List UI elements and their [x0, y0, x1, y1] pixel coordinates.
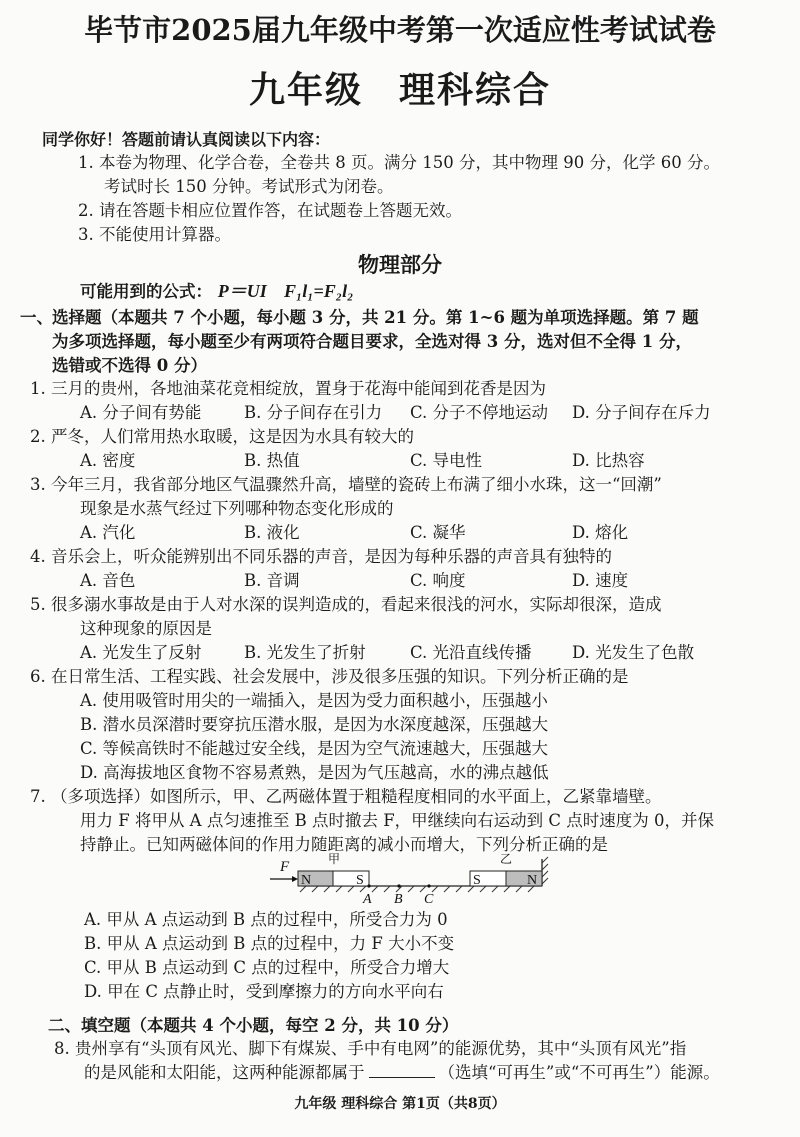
part1-heading-num: 一、 [20, 306, 53, 330]
svg-text:C: C [424, 892, 434, 907]
q5-option-a[interactable]: A. 光发生了反射 [80, 641, 201, 665]
question-4: 4. 音乐会上，听众能辨别出不同乐器的声音，是因为每种乐器的声音具有独特的 [30, 545, 612, 569]
q2-option-a[interactable]: A. 密度 [80, 449, 135, 473]
svg-text:B: B [394, 892, 403, 907]
question-2-options: A. 密度 B. 热值 C. 导电性 D. 比热容 [0, 449, 800, 473]
part1-heading-line-2: 为多项选择题，每小题至少有两项符合题目要求，全选对得 3 分，选对但不全得 1 … [52, 330, 692, 354]
q3-option-a[interactable]: A. 汽化 [80, 521, 135, 545]
q5-option-c[interactable]: C. 光沿直线传播 [410, 641, 532, 665]
part1-heading-line-3: 选错或不选得 0 分） [52, 354, 207, 378]
q3-option-d[interactable]: D. 熔化 [572, 521, 628, 545]
question-5: 5. 很多溺水事故是由于人对水深的误判造成的，看起来很浅的河水，实际却很深，造成 [30, 593, 662, 617]
q6-option-d[interactable]: D. 高海拔地区食物不容易煮熟，是因为气压越高，水的沸点越低 [80, 761, 549, 785]
instructions-intro: 同学你好！答题前请认真阅读以下内容： [42, 128, 330, 152]
svg-text:S: S [473, 873, 481, 888]
question-1-options: A. 分子间有势能 B. 分子间存在引力 C. 分子不停地运动 D. 分子间存在… [0, 401, 800, 425]
q1-option-a[interactable]: A. 分子间有势能 [80, 401, 201, 425]
svg-text:A: A [362, 892, 372, 907]
q1-option-d[interactable]: D. 分子间存在斥力 [572, 401, 711, 425]
q3-option-b[interactable]: B. 液化 [244, 521, 300, 545]
q4-option-d[interactable]: D. 速度 [572, 569, 628, 593]
formula-label: 可能用到的公式： [80, 282, 212, 301]
q3-option-c[interactable]: C. 凝华 [410, 521, 466, 545]
svg-text:N: N [527, 873, 537, 888]
svg-text:N: N [301, 873, 311, 888]
q4-option-b[interactable]: B. 音调 [244, 569, 300, 593]
question-8-cont: 的是风能和太阳能，这两种能源都属于（选填“可再生”或“不可再生”）能源。 [84, 1061, 720, 1085]
question-7-cont-1: 用力 F 将甲从 A 点匀速推至 B 点时撤去 F，甲继续向右运动到 C 点时速… [80, 809, 714, 833]
q2-option-b[interactable]: B. 热值 [244, 449, 300, 473]
q1-option-c[interactable]: C. 分子不停地运动 [410, 401, 548, 425]
svg-text:乙: 乙 [500, 852, 512, 866]
q5-option-d[interactable]: D. 光发生了色散 [572, 641, 694, 665]
formula-lever: F₁l₁=F₂l₂ [284, 281, 353, 301]
question-5-options: A. 光发生了反射 B. 光发生了折射 C. 光沿直线传播 D. 光发生了色散 [0, 641, 800, 665]
answer-blank[interactable] [369, 1061, 435, 1078]
q7-option-d[interactable]: D. 甲在 C 点静止时，受到摩擦力的方向水平向右 [84, 980, 444, 1004]
q6-option-b[interactable]: B. 潜水员深潜时要穿抗压潜水服，是因为水深度越深，压强越大 [80, 713, 548, 737]
physics-section-title: 物理部分 [0, 249, 800, 279]
formula-line: 可能用到的公式： P＝UI F₁l₁=F₂l₂ [80, 279, 353, 304]
question-3-options: A. 汽化 B. 液化 C. 凝华 D. 熔化 [0, 521, 800, 545]
q2-option-d[interactable]: D. 比热容 [572, 449, 645, 473]
q7-option-c[interactable]: C. 甲从 B 点运动到 C 点的过程中，所受合力增大 [84, 956, 449, 980]
svg-text:甲: 甲 [328, 852, 340, 866]
svg-text:S: S [356, 873, 364, 888]
part2-heading: 二、填空题（本题共 4 个小题，每空 2 分，共 10 分） [48, 1014, 458, 1038]
q4-option-a[interactable]: A. 音色 [80, 569, 135, 593]
question-3: 3. 今年三月，我省部分地区气温骤然升高，墙壁的瓷砖上布满了细小水珠，这一“回潮… [30, 473, 662, 497]
page-footer: 九年级 理科综合 第1页（共8页） [0, 1093, 800, 1113]
question-6: 6. 在日常生活、工程实践、社会发展中，涉及很多压强的知识。下列分析正确的是 [30, 665, 629, 689]
exam-subject-title: 九年级理科综合 [0, 62, 800, 113]
magnets-figure: N S 甲 F S N 乙 A B C [262, 845, 562, 907]
question-3-cont: 现象是水蒸气经过下列哪种物态变化形成的 [80, 497, 394, 521]
q7-option-a[interactable]: A. 甲从 A 点运动到 B 点的过程中，所受合力为 0 [84, 908, 448, 932]
subject-label: 理科综合 [399, 69, 551, 111]
question-1: 1. 三月的贵州，各地油菜花竞相绽放，置身于花海中能闻到花香是因为 [30, 377, 546, 401]
instruction-item-3: 3. 不能使用计算器。 [78, 223, 231, 247]
question-5-cont: 这种现象的原因是 [80, 617, 212, 641]
exam-title: 毕节市2025届九年级中考第一次适应性考试试卷 [0, 8, 800, 49]
q2-option-c[interactable]: C. 导电性 [410, 449, 482, 473]
magnets-diagram: N S 甲 F S N 乙 A B C [262, 845, 562, 907]
grade-label: 九年级 [249, 69, 363, 111]
question-8: 8. 贵州享有“头顶有风光、脚下有煤炭、手中有电网”的能源优势，其中“头顶有风光… [54, 1037, 686, 1061]
question-7: 7. （多项选择）如图所示，甲、乙两磁体置于粗糙程度相同的水平面上，乙紧靠墙壁。 [30, 785, 662, 809]
q4-option-c[interactable]: C. 响度 [410, 569, 466, 593]
instruction-item-1: 1. 本卷为物理、化学合卷，全卷共 8 页。满分 150 分，其中物理 90 分… [78, 151, 720, 175]
instruction-item-2: 2. 请在答题卡相应位置作答，在试题卷上答题无效。 [78, 199, 462, 223]
question-4-options: A. 音色 B. 音调 C. 响度 D. 速度 [0, 569, 800, 593]
instruction-item-1-cont: 考试时长 150 分钟。考试形式为闭卷。 [104, 175, 393, 199]
part1-heading-line-1: 选择题（本题共 7 个小题，每小题 3 分，共 21 分。第 1~6 题为单项选… [52, 306, 699, 330]
svg-text:F: F [279, 859, 290, 875]
question-2: 2. 严冬，人们常用热水取暖，这是因为水具有较大的 [30, 425, 414, 449]
q7-option-b[interactable]: B. 甲从 A 点运动到 B 点的过程中，力 F 大小不变 [84, 932, 454, 956]
formula-power: P＝UI [218, 281, 267, 301]
q6-option-a[interactable]: A. 使用吸管时用尖的一端插入，是因为受力面积越小，压强越小 [80, 689, 548, 713]
q5-option-b[interactable]: B. 光发生了折射 [244, 641, 366, 665]
q6-option-c[interactable]: C. 等候高铁时不能越过安全线，是因为空气流速越大，压强越大 [80, 737, 548, 761]
q1-option-b[interactable]: B. 分子间存在引力 [244, 401, 382, 425]
